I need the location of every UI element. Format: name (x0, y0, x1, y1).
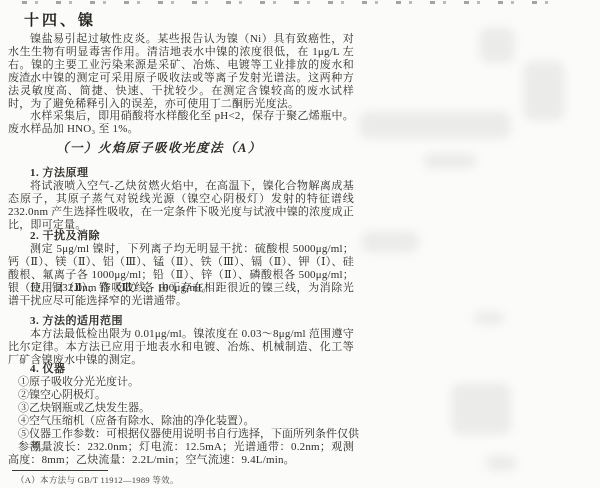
bleedthrough-artifact (480, 28, 514, 62)
intro-paragraph-3: 水样采集后，即用硝酸将水样酸化至 pH<2，保存于聚乙烯瓶中。废水样品加 HNO… (8, 110, 354, 136)
bleedthrough-artifact (524, 62, 564, 120)
instrument-item-2: ②镍空心阴极灯。 (8, 389, 364, 402)
footnote-divider (12, 470, 108, 471)
subsection-heading-instruments: 4. 仪器 (8, 360, 376, 376)
scanned-document-page: 十四、镍 镍盐易引起过敏性皮炎。某些报告认为镍（Ni）具有致癌性，对水生生物有明… (0, 0, 600, 488)
subsection-heading-principle: 1. 方法原理 (8, 164, 376, 180)
bleedthrough-artifact (360, 112, 510, 138)
instrument-item-1: ①原子吸收分光光度计。 (8, 376, 364, 389)
chapter-title: 十四、镍 (24, 9, 96, 30)
subsection-heading-interference: 2. 干扰及消除 (8, 227, 376, 243)
intro-paragraph-2: 水中镍的测定可采用原子吸收法或等离子发射光谱法。这两种方法灵敏度高、简捷、快速、… (8, 72, 354, 111)
cropped-text-remnant (22, 1, 562, 4)
instrument-item-3: ③乙炔钢瓶或乙炔发生器。 (8, 402, 364, 415)
instrument-item-4: ④空气压缩机（应备有除水、除油的净化装置）。 (8, 415, 364, 428)
footnote-text: （A）本方法与 GB/T 11912—1989 等效。 (16, 474, 179, 486)
subsection-heading-scope: 3. 方法的适用范围 (8, 312, 376, 328)
bleedthrough-artifact (474, 312, 504, 324)
method-section-title: （一）火焰原子吸收光度法（A） (8, 138, 402, 156)
bleedthrough-artifact (424, 154, 476, 168)
bleedthrough-artifact (486, 456, 516, 470)
bleedthrough-artifact (362, 232, 418, 252)
instrument-parameters-paragraph: 测量波长：232.0nm；灯电流：12.5mA；光谱通带：0.2nm；观测高度：… (8, 441, 354, 467)
bleedthrough-artifact (452, 384, 510, 434)
interference-paragraph-2: 使用 232.0nm 作吸收线，由于存在相距很近的镍三线，为消除光谱干扰应尽可能… (8, 282, 354, 308)
principle-paragraph: 将试液喷入空气-乙炔贫燃火焰中，在高温下，镍化合物解离成基态原子，其原子蒸气对锐… (8, 180, 354, 232)
